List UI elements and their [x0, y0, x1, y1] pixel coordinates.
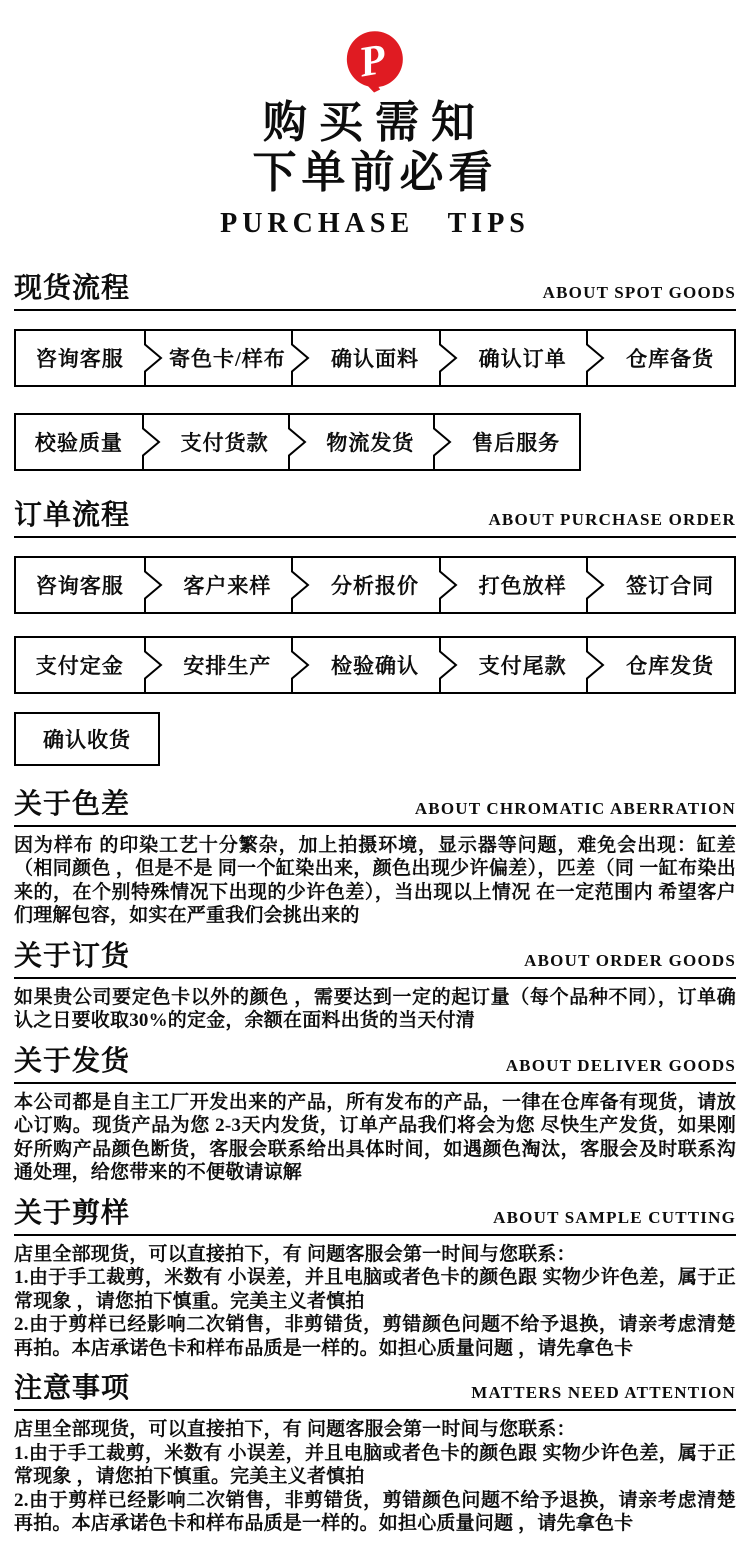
- section-header: 关于剪样 ABOUT SAMPLE CUTTING: [14, 1199, 736, 1236]
- chevron-right-icon: [433, 415, 453, 469]
- flow-step: 检验确认: [311, 638, 439, 692]
- section-title-cn: 现货流程: [14, 274, 130, 305]
- flow-step: 寄色卡/样布: [164, 331, 292, 385]
- section-deliver-goods: 关于发货 ABOUT DELIVER GOODS 本公司都是自主工厂开发出来的产…: [14, 1047, 736, 1185]
- chevron-right-icon: [142, 415, 162, 469]
- page-title-line1: 购买需知: [14, 100, 736, 146]
- section-header: 订单流程 ABOUT PURCHASE ORDER: [14, 501, 736, 538]
- flow-step: 确认订单: [459, 331, 587, 385]
- section-title-cn: 关于剪样: [14, 1199, 130, 1230]
- sample-cutting-body-text: 店里全部现货，可以直接拍下，有 问题客服会第一时间与您联系： 1.由于手工裁剪，…: [14, 1243, 736, 1361]
- section-title-en: ABOUT CHROMATIC ABERRATION: [415, 799, 736, 821]
- section-title-cn: 关于订货: [14, 942, 130, 973]
- flow-step: 确认收货: [16, 714, 158, 764]
- flow-step: 确认面料: [311, 331, 439, 385]
- deliver-goods-body-text: 本公司都是自主工厂开发出来的产品，所有发布的产品，一律在仓库备有现货，请放心订购…: [14, 1091, 736, 1185]
- order-goods-body-text: 如果贵公司要定色卡以外的颜色 ，需要达到一定的起订量（每个品种不同），订单确认之…: [14, 986, 736, 1033]
- section-title-cn: 关于色差: [14, 790, 130, 821]
- chevron-right-icon: [439, 638, 459, 692]
- flow-step: 咨询客服: [16, 558, 144, 612]
- flow-step: 物流发货: [308, 415, 434, 469]
- section-title-cn: 订单流程: [14, 501, 130, 532]
- section-header: 关于订货 ABOUT ORDER GOODS: [14, 942, 736, 979]
- section-title-en: ABOUT DELIVER GOODS: [506, 1056, 736, 1078]
- page-header: P 购买需知 下单前必看 PURCHASE TIPS: [14, 26, 736, 240]
- section-title-cn: 关于发货: [14, 1047, 130, 1078]
- section-sample-cutting: 关于剪样 ABOUT SAMPLE CUTTING 店里全部现货，可以直接拍下，…: [14, 1199, 736, 1361]
- flow-row: 咨询客服 寄色卡/样布 确认面料 确认订单 仓库备货: [14, 329, 736, 387]
- chevron-right-icon: [291, 558, 311, 612]
- section-header: 注意事项 MATTERS NEED ATTENTION: [14, 1374, 736, 1411]
- flow-step: 客户来样: [164, 558, 292, 612]
- flow-row: 咨询客服 客户来样 分析报价 打色放样 签订合同: [14, 556, 736, 614]
- flow-step: 售后服务: [453, 415, 579, 469]
- chevron-right-icon: [144, 558, 164, 612]
- flow-step: 校验质量: [16, 415, 142, 469]
- section-chromatic-aberration: 关于色差 ABOUT CHROMATIC ABERRATION 因为样布 的印染…: [14, 790, 736, 928]
- section-header: 关于发货 ABOUT DELIVER GOODS: [14, 1047, 736, 1084]
- flow-step: 咨询客服: [16, 331, 144, 385]
- chevron-right-icon: [291, 638, 311, 692]
- section-purchase-order: 订单流程 ABOUT PURCHASE ORDER 咨询客服 客户来样 分析报价…: [14, 501, 736, 766]
- flow-step: 仓库备货: [606, 331, 734, 385]
- chevron-right-icon: [144, 331, 164, 385]
- section-title-en: ABOUT ORDER GOODS: [524, 951, 736, 973]
- chevron-right-icon: [291, 331, 311, 385]
- flow-step: 支付定金: [16, 638, 144, 692]
- purchase-tips-page: P 购买需知 下单前必看 PURCHASE TIPS 现货流程 ABOUT SP…: [0, 0, 750, 1566]
- brand-logo-icon: P: [14, 26, 736, 98]
- chevron-right-icon: [439, 558, 459, 612]
- chevron-right-icon: [439, 331, 459, 385]
- chromatic-body-text: 因为样布 的印染工艺十分繁杂，加上拍摄环境，显示器等问题，难免会出现：缸差（相同…: [14, 834, 736, 928]
- flow-row: 校验质量 支付货款 物流发货 售后服务: [14, 413, 581, 471]
- flow-row: 确认收货: [14, 712, 160, 766]
- flow-step: 支付货款: [162, 415, 288, 469]
- section-header: 关于色差 ABOUT CHROMATIC ABERRATION: [14, 790, 736, 827]
- chevron-right-icon: [586, 331, 606, 385]
- chevron-right-icon: [586, 558, 606, 612]
- page-title-line2: 下单前必看: [14, 150, 736, 196]
- section-title-cn: 注意事项: [14, 1374, 130, 1405]
- flow-step: 支付尾款: [459, 638, 587, 692]
- section-title-en: ABOUT PURCHASE ORDER: [488, 510, 736, 532]
- chevron-right-icon: [288, 415, 308, 469]
- flow-step: 仓库发货: [606, 638, 734, 692]
- section-title-en: ABOUT SPOT GOODS: [543, 283, 736, 305]
- page-subtitle: PURCHASE TIPS: [14, 208, 736, 240]
- section-order-goods: 关于订货 ABOUT ORDER GOODS 如果贵公司要定色卡以外的颜色 ，需…: [14, 942, 736, 1033]
- flow-step: 安排生产: [164, 638, 292, 692]
- flow-step: 分析报价: [311, 558, 439, 612]
- flow-row: 支付定金 安排生产 检验确认 支付尾款 仓库发货: [14, 636, 736, 694]
- attention-body-text: 店里全部现货，可以直接拍下，有 问题客服会第一时间与您联系： 1.由于手工裁剪，…: [14, 1418, 736, 1536]
- chevron-right-icon: [144, 638, 164, 692]
- section-title-en: MATTERS NEED ATTENTION: [471, 1383, 736, 1405]
- chevron-right-icon: [586, 638, 606, 692]
- section-spot-goods: 现货流程 ABOUT SPOT GOODS 咨询客服 寄色卡/样布 确认面料 确…: [14, 274, 736, 471]
- section-header: 现货流程 ABOUT SPOT GOODS: [14, 274, 736, 311]
- flow-step: 签订合同: [606, 558, 734, 612]
- section-title-en: ABOUT SAMPLE CUTTING: [493, 1208, 736, 1230]
- flow-step: 打色放样: [459, 558, 587, 612]
- section-attention: 注意事项 MATTERS NEED ATTENTION 店里全部现货，可以直接拍…: [14, 1374, 736, 1536]
